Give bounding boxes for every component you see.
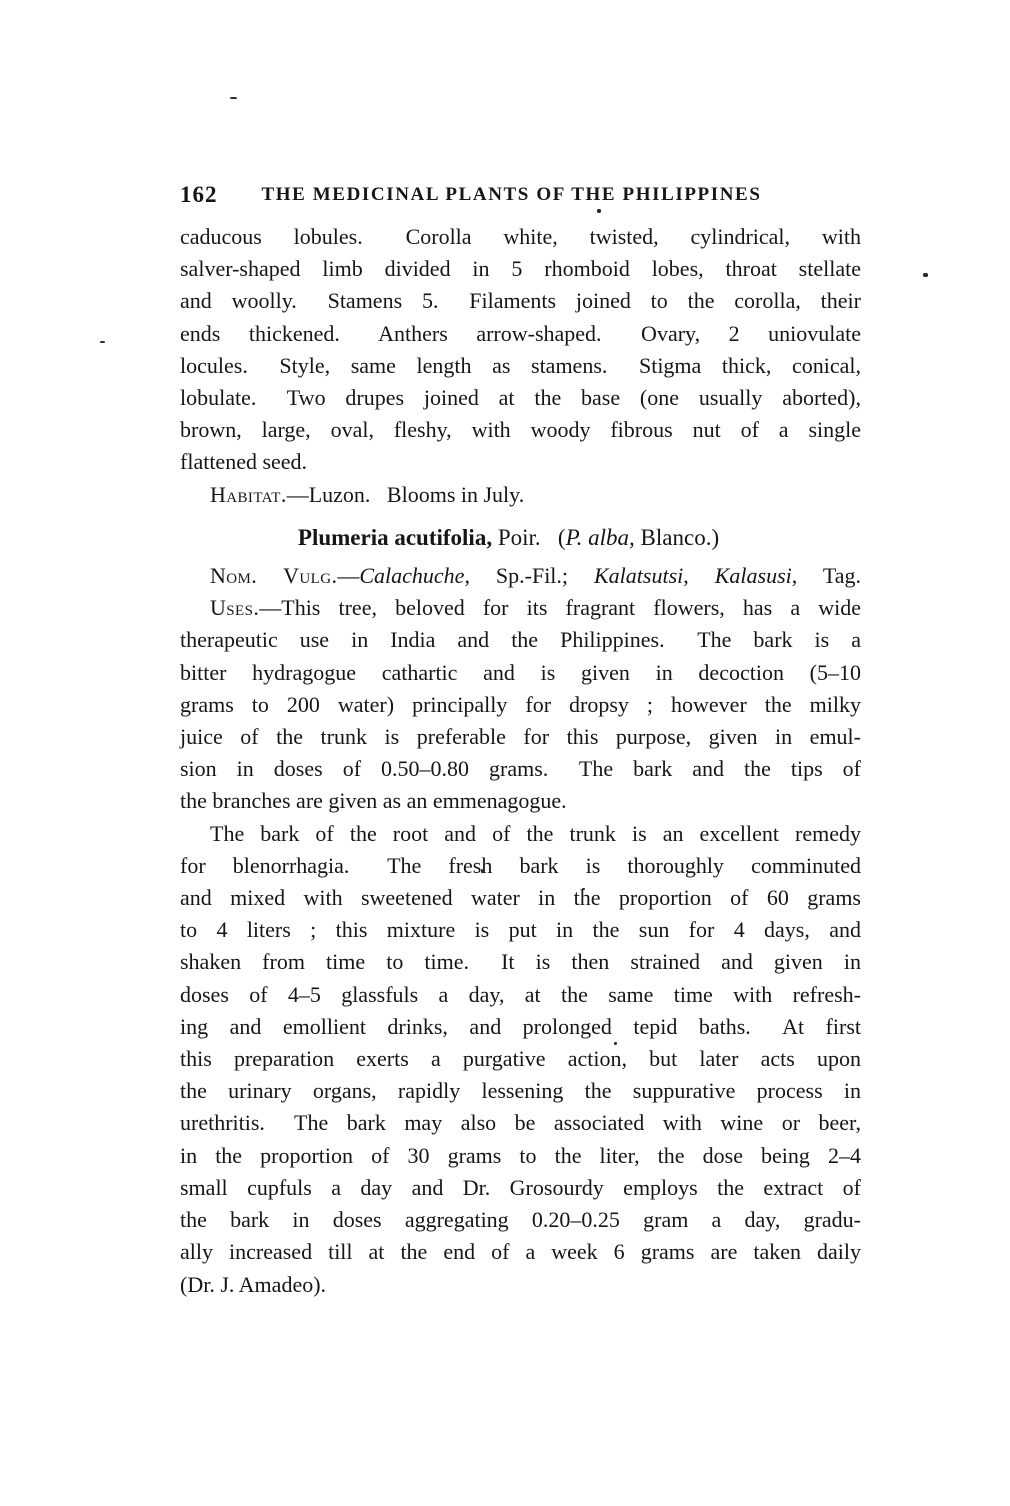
text-segment: lobulate. Two drupes joined at the base … [180,385,861,410]
scan-speck [923,273,928,277]
text-segment: Uses. [210,595,259,620]
text-segment: and woolly. Stamens 5. Filaments joined … [180,288,861,313]
text-segment: The bark of the root and of the trunk is… [210,821,861,846]
text-line: sion in doses of 0.50–0.80 grams. The ba… [180,753,861,785]
text-segment: flattened seed. [180,449,307,474]
text-line: caducous lobules. Corolla white, twisted… [180,221,861,253]
text-line: the bark in doses aggregating 0.20–0.25 … [180,1204,861,1236]
text-segment: Kalasusi [715,563,792,588]
text-segment: the bark in doses aggregating 0.20–0.25 … [180,1207,861,1232]
text-segment: — [337,563,359,588]
paragraph: The bark of the root and of the trunk is… [180,818,861,1301]
text-segment: , Sp.-Fil.; [464,563,594,588]
scan-speck [230,97,237,99]
text-line: shaken from time to time. It is then str… [180,946,861,978]
scan-page: 162 THE MEDICINAL PLANTS OF THE PHILIPPI… [0,0,1010,1506]
text-segment: Blanco.) [635,525,719,550]
text-line: ally increased till at the end of a week… [180,1236,861,1268]
text-segment: —This tree, beloved for its fragrant flo… [259,595,861,620]
text-line: the urinary organs, rapidly lessening th… [180,1075,861,1107]
text-line: bitter hydragogue cathartic and is given… [180,657,861,689]
text-segment: shaken from time to time. It is then str… [180,949,861,974]
scan-speck [481,869,483,873]
text-segment: ing and emollient drinks, and prolonged … [180,1014,861,1039]
text-line: doses of 4–5 glassfuls a day, at the sam… [180,979,861,1011]
text-segment: Plumeria acutifolia, [298,525,492,550]
text-segment: the urinary organs, rapidly lessening th… [180,1078,861,1103]
text-segment: caducous lobules. Corolla white, twisted… [180,224,861,249]
paragraph: Nom. Vulg.—Calachuche, Sp.-Fil.; Kalatsu… [180,560,861,592]
scan-speck [582,888,585,890]
text-segment: (Dr. J. Amadeo). [180,1272,326,1297]
text-segment: , Tag. [792,563,861,588]
text-line: Plumeria acutifolia, Poir. (P. alba, Bla… [180,522,837,554]
text-line: flattened seed. [180,446,861,478]
text-line: in the proportion of 30 grams to the lit… [180,1140,861,1172]
text-segment: salver-shaped limb divided in 5 rhomboid… [180,256,861,281]
text-line: lobulate. Two drupes joined at the base … [180,382,861,414]
text-segment: bitter hydragogue cathartic and is given… [180,660,861,685]
text-segment: ends thickened. Anthers arrow-shaped. Ov… [180,321,861,346]
text-segment: Nom. Vulg. [210,563,337,588]
text-line: grams to 200 water) principally for drop… [180,689,861,721]
text-line: to 4 liters ; this mixture is put in the… [180,914,861,946]
text-segment: Poir. ( [492,525,565,550]
text-line: juice of the trunk is preferable for thi… [180,721,861,753]
text-line: Nom. Vulg.—Calachuche, Sp.-Fil.; Kalatsu… [180,560,861,592]
text-line: The bark of the root and of the trunk is… [180,818,861,850]
paragraph: Uses.—This tree, beloved for its fragran… [180,592,861,817]
text-line: (Dr. J. Amadeo). [180,1269,861,1301]
text-line: salver-shaped limb divided in 5 rhomboid… [180,253,861,285]
text-line: and woolly. Stamens 5. Filaments joined … [180,285,861,317]
page-body: caducous lobules. Corolla white, twisted… [180,221,861,1301]
text-segment: urethritis. The bark may also be associa… [180,1110,861,1135]
text-segment: brown, large, oval, fleshy, with woody f… [180,417,861,442]
text-segment: for blenorrhagia. The fresh bark is thor… [180,853,861,878]
text-segment: Calachuche [359,563,464,588]
text-line: for blenorrhagia. The fresh bark is thor… [180,850,861,882]
text-line: small cupfuls a day and Dr. Grosourdy em… [180,1172,861,1204]
scan-speck [614,1042,617,1045]
text-segment: P. alba, [566,525,635,550]
text-segment: , [683,563,714,588]
text-line: Habitat.—Luzon. Blooms in July. [180,479,861,511]
text-line: brown, large, oval, fleshy, with woody f… [180,414,861,446]
text-segment: juice of the trunk is preferable for thi… [180,724,861,749]
text-segment: to 4 liters ; this mixture is put in the… [180,917,861,942]
text-segment: and mixed with sweetened water in the pr… [180,885,861,910]
text-line: Uses.—This tree, beloved for its fragran… [180,592,861,624]
paragraph: Habitat.—Luzon. Blooms in July. [180,479,861,511]
text-line: and mixed with sweetened water in the pr… [180,882,861,914]
running-title: THE MEDICINAL PLANTS OF THE PHILIPPINES [180,181,861,206]
text-segment: the branches are given as an emmenagogue… [180,788,567,813]
text-segment: small cupfuls a day and Dr. Grosourdy em… [180,1175,861,1200]
paragraph: caducous lobules. Corolla white, twisted… [180,221,861,479]
text-line: this preparation exerts a purgative acti… [180,1043,861,1075]
text-line: the branches are given as an emmenagogue… [180,785,861,817]
text-line: locules. Style, same length as stamens. … [180,350,861,382]
text-segment: —Luzon. Blooms in July. [287,482,525,507]
text-line: urethritis. The bark may also be associa… [180,1107,861,1139]
text-segment: sion in doses of 0.50–0.80 grams. The ba… [180,756,861,781]
text-line: ends thickened. Anthers arrow-shaped. Ov… [180,318,861,350]
species-heading: Plumeria acutifolia, Poir. (P. alba, Bla… [180,522,861,554]
text-line: therapeutic use in India and the Philipp… [180,624,861,656]
text-segment: ally increased till at the end of a week… [180,1239,861,1264]
scan-speck [597,209,601,213]
text-segment: therapeutic use in India and the Philipp… [180,627,861,652]
running-header: 162 THE MEDICINAL PLANTS OF THE PHILIPPI… [180,181,861,209]
text-segment: locules. Style, same length as stamens. … [180,353,861,378]
scan-speck [100,341,105,343]
text-segment: grams to 200 water) principally for drop… [180,692,861,717]
text-line: ing and emollient drinks, and prolonged … [180,1011,861,1043]
text-segment: in the proportion of 30 grams to the lit… [180,1143,861,1168]
text-segment: Kalatsutsi [594,563,683,588]
page-number: 162 [180,182,218,208]
text-segment: Habitat. [210,482,287,507]
text-segment: this preparation exerts a purgative acti… [180,1046,861,1071]
text-segment: doses of 4–5 glassfuls a day, at the sam… [180,982,861,1007]
